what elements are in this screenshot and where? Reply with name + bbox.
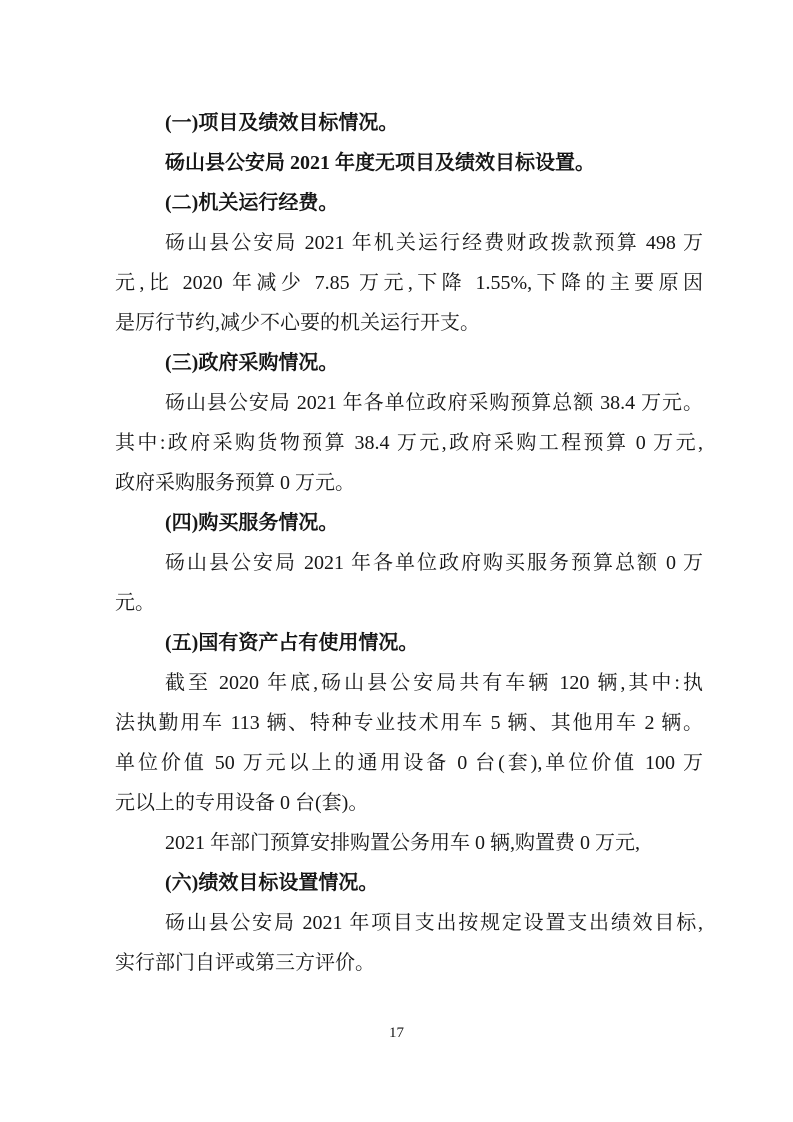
section-heading-line: (六)绩效目标设置情况。 — [115, 863, 703, 903]
paragraph-line: 元以上的专用设备 0 台(套)。 — [115, 783, 703, 823]
page-number: 17 — [0, 1023, 793, 1043]
page-content: (一)项目及绩效目标情况。 砀山县公安局 2021 年度无项目及绩效目标设置。 … — [115, 103, 703, 983]
paragraph-line: 其中:政府采购货物预算 38.4 万元,政府采购工程预算 0 万元, — [115, 423, 703, 463]
paragraph-line: 砀山县公安局 2021 年项目支出按规定设置支出绩效目标, — [115, 903, 703, 943]
paragraph-line: 法执勤用车 113 辆、特种专业技术用车 5 辆、其他用车 2 辆。 — [115, 703, 703, 743]
paragraph-line: 元。 — [115, 583, 703, 623]
section-heading-line: (五)国有资产占有使用情况。 — [115, 623, 703, 663]
paragraph-line: 2021 年部门预算安排购置公务用车 0 辆,购置费 0 万元, — [115, 823, 703, 863]
paragraph-line: 砀山县公安局 2021 年各单位政府采购预算总额 38.4 万元。 — [115, 383, 703, 423]
document-page: (一)项目及绩效目标情况。 砀山县公安局 2021 年度无项目及绩效目标设置。 … — [0, 0, 793, 1122]
paragraph-line: 政府采购服务预算 0 万元。 — [115, 463, 703, 503]
paragraph-line: 砀山县公安局 2021 年机关运行经费财政拨款预算 498 万 — [115, 223, 703, 263]
paragraph-line: 元,比 2020 年减少 7.85 万元,下降 1.55%,下降的主要原因 — [115, 263, 703, 303]
bold-statement-line: 砀山县公安局 2021 年度无项目及绩效目标设置。 — [115, 143, 703, 183]
paragraph-line: 实行部门自评或第三方评价。 — [115, 943, 703, 983]
paragraph-line: 单位价值 50 万元以上的通用设备 0 台(套),单位价值 100 万 — [115, 743, 703, 783]
section-heading-line: (一)项目及绩效目标情况。 — [115, 103, 703, 143]
paragraph-line: 是厉行节约,减少不心要的机关运行开支。 — [115, 303, 703, 343]
paragraph-line: 截至 2020 年底,砀山县公安局共有车辆 120 辆,其中:执 — [115, 663, 703, 703]
section-heading-line: (四)购买服务情况。 — [115, 503, 703, 543]
paragraph-line: 砀山县公安局 2021 年各单位政府购买服务预算总额 0 万 — [115, 543, 703, 583]
section-heading-line: (三)政府采购情况。 — [115, 343, 703, 383]
section-heading-line: (二)机关运行经费。 — [115, 183, 703, 223]
